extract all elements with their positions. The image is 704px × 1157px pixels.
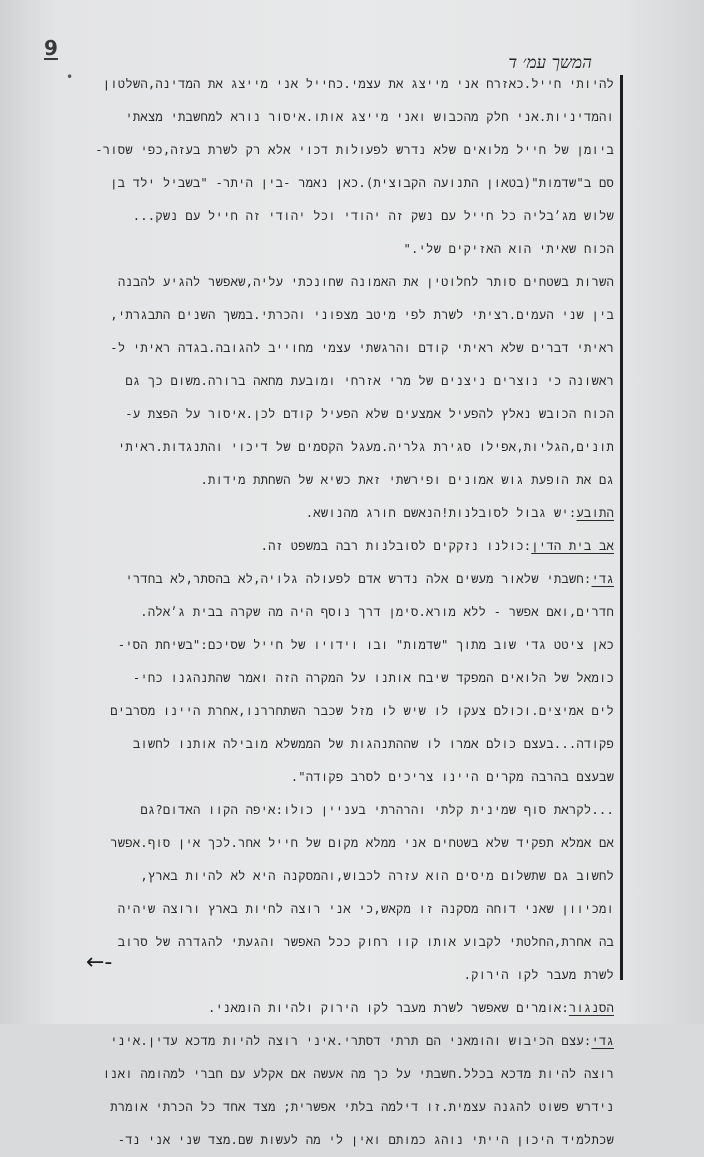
line-text: השרות בשטחים סותר לחלוטין את האמונה שחונ…	[118, 275, 614, 289]
line-text: אם אמלא תפקיד שלא בשטחים אני ממלא מקום ש…	[110, 836, 614, 850]
text-line: ומכיוון שאני דוחה מסקנה זו מקאש,כי אני ר…	[84, 893, 614, 926]
text-line: בה אחרת,החלטתי לקבוע אותו קוו רחוק ככל ה…	[84, 926, 614, 959]
text-line: ...לקראת סוף שמינית קלתי והרהרתי בעניין …	[84, 794, 614, 827]
text-line: והמדיניות.אני חלק מהכבוש ואני מייצג אותו…	[84, 101, 614, 134]
page-number: 9	[44, 36, 58, 60]
text-line: תונים,הגליות,אפילו סגירת גלריה.מעגל הקסמ…	[84, 431, 614, 464]
line-text: והמדיניות.אני חלק מהכבוש ואני מייצג אותו…	[125, 110, 614, 124]
text-line: התובע:יש גבול לסובלנות!הנאשם חורג מהנושא…	[84, 497, 614, 530]
line-text: סם ב"שדמות"(בטאון התנועה הקבוצית).כאן נא…	[110, 176, 614, 190]
text-line: סם ב"שדמות"(בטאון התנועה הקבוצית).כאן נא…	[84, 167, 614, 200]
text-line: לים אמיצים.וכולם צעקו לו שיש לו מזל שכבר…	[84, 695, 614, 728]
speaker-label: התובע	[576, 506, 614, 520]
line-text: שבעצם בהרבה מקרים היינו צריכים לסרב פקוד…	[291, 770, 614, 784]
text-line: ראשונה כי נוצרים ניצנים של מרי אזרחי ומו…	[84, 365, 614, 398]
line-text: הכוח שאיתי הוא האזיקים שלי."	[403, 242, 614, 256]
line-text: לים אמיצים.וכולם צעקו לו שיש לו מזל שכבר…	[110, 704, 614, 718]
text-line: הסנגור:אומרים שאפשר לשרת מעבר לקו הירוק …	[84, 992, 614, 1024]
line-text: לחשוב גם שתשלום מיסים הוא עזרה לכבוש,והמ…	[140, 869, 614, 883]
line-text: פקודה...בעצם כולם אמרו לו שההתנהגות של ה…	[133, 737, 614, 751]
line-text: ביומן של חייל מלואים שלא נדרש לפעולות דכ…	[95, 143, 614, 157]
margin-dot: •	[66, 70, 73, 84]
text-line: הכוח הכובש נאלץ להפעיל אמצעים שלא הפעיל …	[84, 398, 614, 431]
text-line: פקודה...בעצם כולם אמרו לו שההתנהגות של ה…	[84, 728, 614, 761]
speaker-label: אב בית הדין	[531, 539, 614, 553]
line-text: הכוח הכובש נאלץ להפעיל אמצעים שלא הפעיל …	[125, 407, 614, 421]
text-line: ראיתי דברים שלא ראיתי קודם והרגשתי עצמי …	[84, 332, 614, 365]
line-text: ומכיוון שאני דוחה מסקנה זו מקאש,כי אני ר…	[118, 902, 614, 916]
text-line: חדרים,ואם אפשר - ללא מורא.סימן דרך נוסף …	[84, 596, 614, 629]
line-text: ...לקראת סוף שמינית קלתי והרהרתי בעניין …	[140, 803, 614, 817]
text-line: שבעצם בהרבה מקרים היינו צריכים לסרב פקוד…	[84, 761, 614, 794]
document-page: 9 המשך עמ׳ ד • להיותי חייל.כאזרח אני מיי…	[0, 0, 704, 1024]
typewritten-text-body: להיותי חייל.כאזרח אני מייצג את עצמי.כחיי…	[84, 68, 614, 1024]
text-line: כומאל של הלואים המפקד שיבח אותנו על המקר…	[84, 662, 614, 695]
line-text: שלוש מג׳בליה כל חייל עם נשק זה יהודי וכל…	[133, 209, 614, 223]
line-text: תונים,הגליות,אפילו סגירת גלריה.מעגל הקסמ…	[118, 440, 614, 454]
text-line: אב בית הדין:כולנו נזקקים לסובלנות רבה במ…	[84, 530, 614, 563]
speaker-label: הסנגור	[569, 1001, 614, 1015]
line-text: לשרת מעבר לקו הירוק.	[464, 968, 614, 982]
text-line: השרות בשטחים סותר לחלוטין את האמונה שחונ…	[84, 266, 614, 299]
speaker-label: גדי	[591, 572, 614, 586]
line-text: :אומרים שאפשר לשרת מעבר לקו הירוק ולהיות…	[208, 1001, 569, 1015]
line-text: גם את הופעת גוש אמונים ופירשתי זאת כשיא …	[200, 473, 614, 487]
line-text: :יש גבול לסובלנות!הנאשם חורג מהנושא.	[306, 506, 577, 520]
line-text: :כולנו נזקקים לסובלנות רבה במשפט זה.	[261, 539, 532, 553]
text-line: גם את הופעת גוש אמונים ופירשתי זאת כשיא …	[84, 464, 614, 497]
line-text: :חשבתי שלאור מעשים אלה נדרש אדם לפעולה ג…	[125, 572, 591, 586]
text-line: שלוש מג׳בליה כל חייל עם נשק זה יהודי וכל…	[84, 200, 614, 233]
text-line: גדי:חשבתי שלאור מעשים אלה נדרש אדם לפעול…	[84, 563, 614, 596]
text-line: בין שני העמים.רציתי לשרת לפי מיטב מצפוני…	[84, 299, 614, 332]
line-text: בה אחרת,החלטתי לקבוע אותו קוו רחוק ככל ה…	[118, 935, 614, 949]
continuation-arrow-icon: ←-	[86, 950, 112, 975]
text-line: ביומן של חייל מלואים שלא נדרש לפעולות דכ…	[84, 134, 614, 167]
text-line: לחשוב גם שתשלום מיסים הוא עזרה לכבוש,והמ…	[84, 860, 614, 893]
text-line: הכוח שאיתי הוא האזיקים שלי."	[84, 233, 614, 266]
line-text: להיותי חייל.כאזרח אני מייצג את עצמי.כחיי…	[103, 77, 614, 91]
text-line: אם אמלא תפקיד שלא בשטחים אני ממלא מקום ש…	[84, 827, 614, 860]
line-text: כאן ציטט גדי שוב מתוך "שדמות" ובו וידויו…	[118, 638, 614, 652]
line-text: ראיתי דברים שלא ראיתי קודם והרגשתי עצמי …	[110, 341, 614, 355]
line-text: ראשונה כי נוצרים ניצנים של מרי אזרחי ומו…	[125, 374, 614, 388]
text-line: לשרת מעבר לקו הירוק.	[84, 959, 614, 992]
margin-line	[620, 75, 623, 980]
line-text: חדרים,ואם אפשר - ללא מורא.סימן דרך נוסף …	[140, 605, 614, 619]
line-text: כומאל של הלואים המפקד שיבח אותנו על המקר…	[133, 671, 614, 685]
line-text: בין שני העמים.רציתי לשרת לפי מיטב מצפוני…	[110, 308, 614, 322]
text-line: להיותי חייל.כאזרח אני מייצג את עצמי.כחיי…	[84, 68, 614, 101]
text-line: כאן ציטט גדי שוב מתוך "שדמות" ובו וידויו…	[84, 629, 614, 662]
